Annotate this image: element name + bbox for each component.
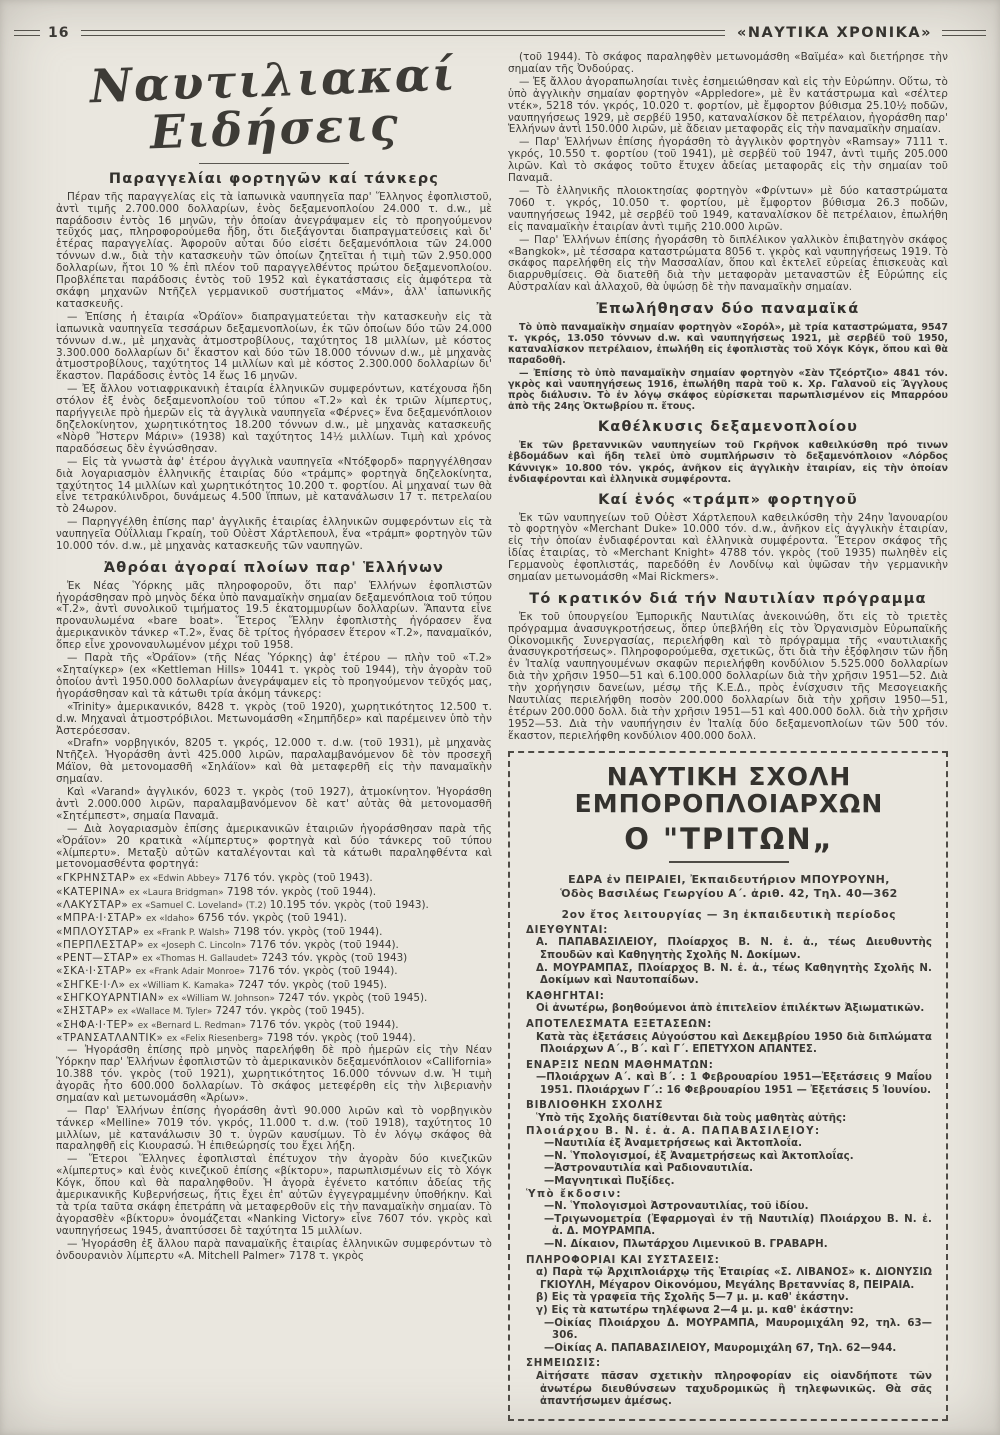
ship-greek-name: «ΠΕΡΠΛΕΣΤΑΡ» (56, 939, 144, 951)
ad-line: Πλοιάρχου Β. Ν. ἐ. ἀ. Α. ΠΑΠΑΒΑΣΙΛΕΙΟΥ: (526, 1126, 932, 1139)
ship-greek-name: «ΣΗΓΚΟΥΑΡΝΤΙΑΝ» (56, 992, 165, 1004)
ship-greek-name: «ΣΗΓΚΕ·Ι·Λ» (56, 979, 126, 991)
ad-line: —Μαγνητικαὶ Πυξίδες. (526, 1176, 932, 1189)
ad-line: ΚΑΘΗΓΗΤΑΙ: (526, 991, 932, 1004)
ship-row: «ΣΚΑ·Ι·ΣΤΑΡ» ex «Frank Adair Monroe» 717… (56, 965, 492, 978)
ship-former-name: ex «Laura Bridgman» (129, 888, 224, 898)
ad-line: —Ν. Δίκαιον, Πλωτάρχου Λιμενικοῦ Β. ΓΡΑΒ… (526, 1239, 932, 1252)
ship-former-name: ex «Joseph C. Lincoln» (148, 941, 247, 951)
ad-line: —Ν. Ὑπολογισμοί, ἐξ Ἀναμετρήσεως καὶ Ἀκτ… (526, 1151, 932, 1164)
paragraph: — Εἰς τὰ γνωστὰ ἀφ' ἑτέρου ἀγγλικὰ ναυπη… (56, 457, 492, 517)
ad-address-line1: ΕΔΡΑ ἐν ΠΕΙΡΑΙΕΙ, Ἐκπαιδευτήριον ΜΠΟΥΡΟΥ… (526, 873, 932, 887)
ship-row: «ΣΗΦΑ·Ι·ΤΕΡ» ex «Bernard L. Redman» 7176… (56, 1019, 492, 1032)
paragraph: — Παρ' Ἑλλήνων ἐπίσης ἠγοράσθη τὸ ἀγγλικ… (508, 137, 948, 185)
ship-former-name: ex «Edwin Abbey» (139, 874, 220, 884)
paragraph: — Παρηγγέλθη ἐπίσης παρ' ἀγγλικῆς ἑταιρί… (56, 517, 492, 553)
ship-tonnage-year: 10.195 τόν. γκρὸς (τοῦ 1943). (270, 899, 429, 911)
ship-greek-name: «ΓΚΡΗΝΣΤΑΡ» (56, 872, 136, 884)
ad-line: —Πλοιάρχων Α΄. καὶ Β΄. : 1 Φεβρουαρίου 1… (526, 1072, 932, 1097)
paragraph: «Trinity» ἀμερικανικόν, 8428 τ. γκρὸς (τ… (56, 702, 492, 738)
paragraph: — Ἐπίσης ἡ ἑταιρία «Ὀράϊον» διαπραγματεύ… (56, 312, 492, 383)
paragraph: — Ἠγοράσθη ἐπίσης πρὸ μηνὸς παρελήφθη δὲ… (56, 1045, 492, 1105)
ad-line: 2ον ἔτος λειτουργίας — 3η ἐκπαιδευτικὴ π… (526, 909, 932, 922)
paragraph: Καὶ «Varand» ἀγγλικόν, 6023 τ. γκρὸς (το… (56, 787, 492, 823)
paragraph: — Τὸ ἑλληνικῆς πλοιοκτησίας φορτηγὸν «Φρ… (508, 186, 948, 234)
section-heading-orders: Παραγγελίαι φορτηγῶν καί τάνκερς (56, 171, 492, 188)
ship-greek-name: «ΣΚΑ·Ι·ΣΤΑΡ» (56, 965, 132, 977)
paragraph: — Παρ' Ἑλλήνων ἐπίσης ἠγοράσθη τὸ διπλέλ… (508, 235, 948, 295)
ad-line: ΣΗΜΕΙΩΣΙΣ: (526, 1358, 932, 1371)
magazine-title: «ΝΑΥΤΙΚΑ ΧΡΟΝΙΚΑ» (737, 25, 932, 41)
header-rule-right (942, 30, 986, 36)
ad-line: ΕΝΑΡΞΙΣ ΝΕΩΝ ΜΑΘΗΜΑΤΩΝ: (526, 1060, 932, 1073)
header-rule-left (14, 30, 40, 36)
ship-greek-name: «ΛΑΚΥΣΤΑΡ» (56, 899, 128, 911)
ad-school-name: Ο "ΤΡΙΤΩΝ„ (526, 822, 932, 856)
ship-former-name: ex «Wallace M. Tyler» (118, 1007, 213, 1017)
ship-greek-name: «ΚΑΤΕΡΙΝΑ» (56, 886, 126, 898)
left-column: Ναυτιλιακαί Ειδήσεις Παραγγελίαι φορτηγῶ… (56, 52, 492, 1264)
paragraph: «Drafn» νορβηγικόν, 8205 τ. γκρός, 12.00… (56, 738, 492, 786)
school-advertisement: ΝΑΥΤΙΚΗ ΣΧΟΛΗ ΕΜΠΟΡΟΠΛΟΙΑΡΧΩΝ Ο "ΤΡΙΤΩΝ„… (508, 751, 948, 1421)
ad-line: ΒΙΒΛΙΟΘΗΚΗ ΣΧΟΛΗΣ (526, 1100, 932, 1113)
paragraph: — Ἐπίσης τὸ ὑπὸ παναμαϊκὴν σημαίαν φορτη… (508, 368, 948, 413)
ad-line: ΔΙΕΥΘΥΝΤΑΙ: (526, 925, 932, 938)
ad-line: —Τριγωνομετρία (Ἐφαρμογαὶ ἐν τῇ Ναυτιλίᾳ… (526, 1214, 932, 1239)
ad-line: α) Παρὰ τῷ Ἀρχιπλοιάρχῳ τῆς Ἑταιρίας «Σ.… (526, 1267, 932, 1292)
ship-greek-name: «ΜΠΛΟΥΣΤΑΡ» (56, 926, 140, 938)
ship-row: «ΓΚΡΗΝΣΤΑΡ» ex «Edwin Abbey» 7176 τόν. γ… (56, 872, 492, 885)
ad-line: Αἰτήσατε πᾶσαν σχετικὴν πληροφορίαν εἰς … (526, 1371, 932, 1409)
section-tanker-launch: Ἐκ τῶν βρεταννικῶν ναυπηγείων τοῦ Γκρῆνο… (508, 440, 948, 485)
ad-line: —Οἰκίας Πλοιάρχου Δ. ΜΟΥΡΑΜΠΑ, Μαυρομιχά… (526, 1318, 932, 1343)
section-heading-sold-panamanian: Ἐπωλήθησαν δύο παναμαϊκά (508, 301, 948, 318)
paragraph: Τὸ ὑπὸ παναμαϊκὴν σημαίαν φορτηγὸν «Σορό… (508, 322, 948, 367)
section-purchases-paragraphs-b: — Ἠγοράσθη ἐπίσης πρὸ μηνὸς παρελήφθη δὲ… (56, 1045, 492, 1262)
paragraph: Ἐκ Νέας Ὑόρκης μᾶς πληροφοροῦν, ὅτι παρ'… (56, 581, 492, 652)
ship-former-name: ex «Samuel C. Loveland» (Τ.2) (132, 901, 267, 911)
section-sold-panamanian: Τὸ ὑπὸ παναμαϊκὴν σημαίαν φορτηγὸν «Σορό… (508, 322, 948, 413)
ad-line: —Οἰκίας Α. ΠΑΠΑΒΑΣΙΛΕΙΟΥ, Μαυρομιχάλη 67… (526, 1343, 932, 1356)
ship-row: «ΚΑΤΕΡΙΝΑ» ex «Laura Bridgman» 7198 τόν.… (56, 886, 492, 899)
ship-tonnage-year: 6756 τόν. γκρὸς (τοῦ 1941). (198, 912, 347, 924)
magazine-page: 16 «ΝΑΥΤΙΚΑ ΧΡΟΝΙΚΑ» Ναυτιλιακαί Ειδήσει… (0, 0, 1000, 1435)
ad-line: Α. ΠΑΠΑΒΑΣΙΛΕΙΟΥ, Πλοίαρχος Β. Ν. ἐ. ἀ.,… (526, 937, 932, 962)
ship-former-name: ex «Frank P. Walsh» (143, 928, 230, 938)
ship-row: «ΣΗΓΚΟΥΑΡΝΤΙΑΝ» ex «William W. Johnson» … (56, 992, 492, 1005)
ship-greek-name: «ΤΡΑΝΣΑΤΛΑΝΤΙΚ» (56, 1032, 163, 1044)
ship-former-name: ex «Frank Adair Monroe» (136, 967, 245, 977)
paragraph: — Παρὰ τῆς «Ὀράϊον» (τῆς Νέας Ὑόρκης) ἀφ… (56, 653, 492, 701)
paragraph: Πέραν τῆς παραγγελίας εἰς τὰ ἰαπωνικὰ να… (56, 192, 492, 311)
paragraph: — Ἐξ ἄλλου νοτιαφρικανικὴ ἑταιρία ἑλληνι… (56, 384, 492, 455)
right-continuation-paragraphs: (τοῦ 1944). Τὸ σκάφος παραληφθὲν μετωνομ… (508, 52, 948, 294)
ad-line: —Ἀστροναυτιλία καὶ Ραδιοναυτιλία. (526, 1163, 932, 1176)
ship-greek-name: «ΣΗΦΑ·Ι·ΤΕΡ» (56, 1019, 134, 1031)
paragraph: (τοῦ 1944). Τὸ σκάφος παραληφθὲν μετωνομ… (508, 52, 948, 76)
paragraph: — Διὰ λογαριασμὸν ἐπίσης ἀμερικανικῶν ἑτ… (56, 824, 492, 872)
ship-former-name: ex «Idaho» (146, 914, 195, 924)
ship-row: «ΜΠΡΑ·Ι·ΣΤΑΡ» ex «Idaho» 6756 τόν. γκρὸς… (56, 912, 492, 925)
ad-name-underline (669, 860, 789, 864)
ad-line: γ) Εἰς τὰ κατωτέρω τηλέφωνα 2—4 μ. μ. κα… (526, 1305, 932, 1318)
ad-line: ΑΠΟΤΕΛΕΣΜΑΤΑ ΕΞΕΤΑΣΕΩΝ: (526, 1019, 932, 1032)
paragraph: Ἐκ τῶν βρεταννικῶν ναυπηγείων τοῦ Γκρῆνο… (508, 440, 948, 485)
paragraph: — Ἕτεροι Ἕλληνες ἐφοπλισταὶ ἐπέτυχον τὴν… (56, 1154, 492, 1237)
ship-tonnage-year: 7176 τόν. γκρὸς (τοῦ 1943). (224, 872, 373, 884)
paragraph: — Παρ' Ἑλλήνων ἐπίσης ἠγοράσθη ἀντὶ 90.0… (56, 1106, 492, 1154)
ship-greek-name: «ΡΕΝΤ—ΣΤΑΡ» (56, 952, 139, 964)
section-orders-paragraphs: Πέραν τῆς παραγγελίας εἰς τὰ ἰαπωνικὰ να… (56, 192, 492, 553)
ad-line: ΠΛΗΡΟΦΟΡΙΑΙ ΚΑΙ ΣΥΣΤΑΣΕΙΣ: (526, 1255, 932, 1268)
page-content: Ναυτιλιακαί Ειδήσεις Παραγγελίαι φορτηγῶ… (0, 46, 1000, 1435)
ship-tonnage-year: 7243 τόν. γκρὸς (τοῦ 1943) (261, 952, 407, 964)
ad-school-type: ΝΑΥΤΙΚΗ ΣΧΟΛΗ ΕΜΠΟΡΟΠΛΟΙΑΡΧΩΝ (526, 763, 932, 818)
ship-tonnage-year: 7247 τόν. γκρὸς (τοῦ 1945). (215, 1005, 364, 1017)
ship-tonnage-year: 7198 τόν. γκρὸς (τοῦ 1944). (267, 1032, 416, 1044)
title-underline (199, 163, 349, 165)
ship-tonnage-year: 7176 τόν. γκρὸς (τοῦ 1944). (248, 965, 397, 977)
ad-line: —Ν. Ὑπολογισμοὶ Ἀστροναυτιλίας, τοῦ ἰδίο… (526, 1201, 932, 1214)
section-heading-tramp-launch: Καί ἑνός «τράμπ» φορτηγοῦ (508, 492, 948, 509)
page-header: 16 «ΝΑΥΤΙΚΑ ΧΡΟΝΙΚΑ» (0, 0, 1000, 46)
paragraph: — Ἠγοράσθη ἐξ ἄλλου παρὰ παναμαϊκῆς ἑται… (56, 1239, 492, 1263)
ship-tonnage-year: 7198 τόν. γκρὸς (τοῦ 1944). (227, 886, 376, 898)
ad-body-lines: 2ον ἔτος λειτουργίας — 3η ἐκπαιδευτικὴ π… (526, 909, 932, 1409)
ship-former-name: ex «Felix Riesenberg» (167, 1034, 264, 1044)
ship-greek-name: «ΜΠΡΑ·Ι·ΣΤΑΡ» (56, 912, 143, 924)
section-tramp-launch: Ἐκ τῶν ναυπηγείων τοῦ Οὐὲστ Χάρτλεπουλ κ… (508, 513, 948, 584)
ship-former-name: ex «William K. Kamaka» (129, 981, 235, 991)
ad-line: Οἱ ἀνωτέρω, βοηθούμενοι ἀπὸ ἐπιτελεῖον ἐ… (526, 1003, 932, 1016)
ad-line: Ὑπὸ τῆς Σχολῆς διατίθενται διὰ τοὺς μαθη… (526, 1113, 932, 1126)
ship-row: «ΤΡΑΝΣΑΤΛΑΝΤΙΚ» ex «Felix Riesenberg» 71… (56, 1032, 492, 1045)
ad-line: —Ναυτιλία ἐξ Ἀναμετρήσεως καὶ Ἀκτοπλοΐα. (526, 1138, 932, 1151)
paragraph: Ἐκ τῶν ναυπηγείων τοῦ Οὐὲστ Χάρτλεπουλ κ… (508, 513, 948, 584)
ship-former-name: ex «William W. Johnson» (168, 994, 275, 1004)
section-state-program: Ἐκ τοῦ ὑπουργείου Ἐμπορικῆς Ναυτιλίας ἀν… (508, 612, 948, 743)
ship-tonnage-year: 7247 τόν. γκρὸς (τοῦ 1945). (238, 979, 387, 991)
ship-row: «ΠΕΡΠΛΕΣΤΑΡ» ex «Joseph C. Lincoln» 7176… (56, 939, 492, 952)
ship-row: «ΜΠΛΟΥΣΤΑΡ» ex «Frank P. Walsh» 7198 τόν… (56, 926, 492, 939)
ad-line: β) Εἰς τὰ γραφεῖα τῆς Σχολῆς 5—7 μ. μ. κ… (526, 1292, 932, 1305)
article-script-title: Ναυτιλιακαί Ειδήσεις (54, 48, 493, 160)
section-heading-state-program: Τό κρατικόν διά τήν Ναυτιλίαν πρόγραμμα (508, 591, 948, 608)
ship-row: «ΡΕΝΤ—ΣΤΑΡ» ex «Thomas H. Gallaudet» 724… (56, 952, 492, 965)
ship-tonnage-year: 7198 τόν. γκρὸς (τοῦ 1944). (233, 926, 382, 938)
ad-line: Δ. ΜΟΥΡΑΜΠΑΣ, Πλοίαρχος Β. Ν. ἐ. ἀ., τέω… (526, 963, 932, 988)
ship-tonnage-year: 7176 τόν. γκρὸς (τοῦ 1944). (249, 1019, 398, 1031)
paragraph: — Ἐξ ἄλλου ἀγοραπωλησίαι τινὲς ἐσημειώθη… (508, 77, 948, 137)
ship-row: «ΛΑΚΥΣΤΑΡ» ex «Samuel C. Loveland» (Τ.2)… (56, 899, 492, 912)
header-rule-middle (81, 30, 725, 36)
renamed-ships-list: «ΓΚΡΗΝΣΤΑΡ» ex «Edwin Abbey» 7176 τόν. γ… (56, 872, 492, 1045)
ship-tonnage-year: 7176 τόν. γκρὸς (τοῦ 1944). (250, 939, 399, 951)
section-heading-tanker-launch: Καθέλκυσις δεξαμενοπλοίου (508, 419, 948, 436)
ship-greek-name: «ΣΗΣΤΑΡ» (56, 1005, 114, 1017)
section-heading-purchases: Ἀθρόαι ἀγοραί πλοίων παρ' Ἑλλήνων (56, 560, 492, 577)
paragraph: Ἐκ τοῦ ὑπουργείου Ἐμπορικῆς Ναυτιλίας ἀν… (508, 612, 948, 743)
right-column: (τοῦ 1944). Τὸ σκάφος παραληφθὲν μετωνομ… (508, 52, 948, 1421)
ad-address-line2: Ὁδὸς Βασιλέως Γεωργίου Α΄. ἀριθ. 42, Τηλ… (526, 887, 932, 901)
ad-line: Κατὰ τὰς ἐξετάσεις Αὐγούστου καὶ Δεκεμβρ… (526, 1032, 932, 1057)
page-number: 16 (48, 25, 69, 41)
ship-row: «ΣΗΓΚΕ·Ι·Λ» ex «William K. Kamaka» 7247 … (56, 979, 492, 992)
ship-row: «ΣΗΣΤΑΡ» ex «Wallace M. Tyler» 7247 τόν.… (56, 1005, 492, 1018)
section-purchases-paragraphs-a: Ἐκ Νέας Ὑόρκης μᾶς πληροφοροῦν, ὅτι παρ'… (56, 581, 492, 872)
ship-tonnage-year: 7247 τόν. γκρὸς (τοῦ 1945). (278, 992, 427, 1004)
ad-line: Ὑπὸ ἔκδοσιν: (526, 1189, 932, 1202)
ship-former-name: ex «Thomas H. Gallaudet» (142, 954, 258, 964)
ship-former-name: ex «Bernard L. Redman» (138, 1021, 246, 1031)
